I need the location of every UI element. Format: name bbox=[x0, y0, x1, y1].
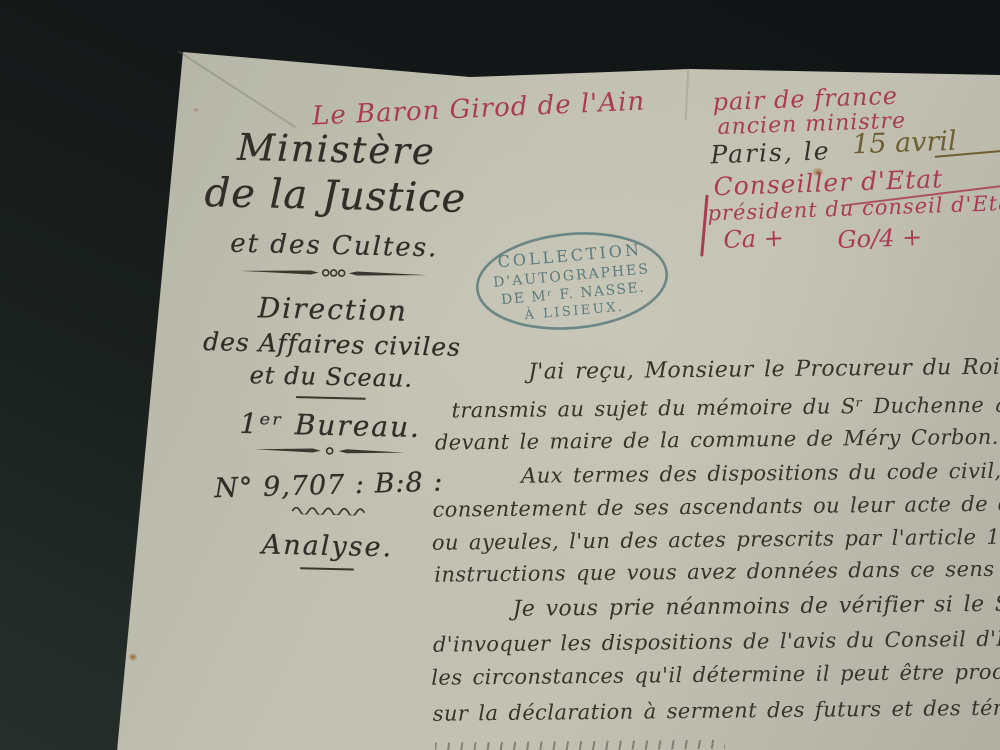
body-line: Aux termes des dispositions du code civi… bbox=[521, 458, 1000, 488]
body-line: d'invoquer les dispositions de l'avis du… bbox=[433, 626, 1000, 657]
body-line: transmis au sujet du mémoire du Sʳ Duche… bbox=[451, 392, 1000, 423]
body-line: sur la déclaration à serment des futurs … bbox=[433, 695, 1000, 726]
photograph-of-letter: Le Baron Girod de l'Ain Ministère de la … bbox=[0, 0, 1000, 750]
body-line: devant le maire de la commune de Méry Co… bbox=[435, 425, 999, 455]
body-line: les circonstances qu'il détermine il peu… bbox=[431, 659, 1000, 690]
body-line: consentement de ses ascendants ou leur a… bbox=[432, 490, 1000, 522]
body-line: ou ayeules, l'un des actes prescrits par… bbox=[432, 523, 1000, 554]
body-line: instructions que vous avez données dans … bbox=[434, 556, 1000, 587]
body-line: J'ai reçu, Monsieur le Procureur du Roi bbox=[528, 355, 1000, 385]
clipped-bottom-line bbox=[435, 740, 725, 750]
letter-body: J'ai reçu, Monsieur le Procureur du Roi … bbox=[0, 0, 1000, 750]
body-line: Je vous prie néanmoins de vérifier si le… bbox=[512, 591, 1000, 622]
